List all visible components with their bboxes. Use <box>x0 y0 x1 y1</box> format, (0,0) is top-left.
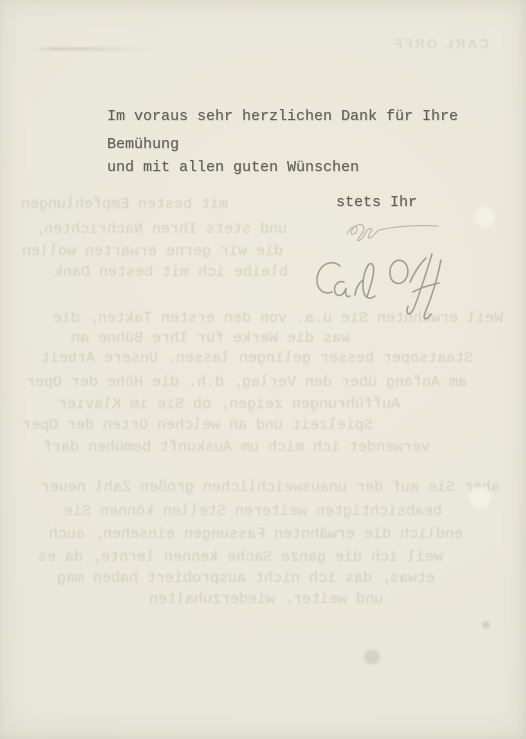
bleedthrough-line: mit besten Empfehlungen <box>21 197 228 212</box>
bleedthrough-line: etwas, das ich nicht ausprobiert haben m… <box>57 571 435 586</box>
bleedthrough-line: verwendet ich mich um Auskunft bemühen d… <box>43 440 430 455</box>
paper-smudge <box>481 620 491 630</box>
bleedthrough-line: Aufführungen zeigen, ob Sie im Klavier <box>58 397 400 412</box>
bleedthrough-line: und weiter, wiederzuhalten <box>149 592 383 607</box>
body-line-1: Im voraus sehr herzlichen Dank für Ihre <box>107 109 458 124</box>
signature-strokes <box>317 254 441 319</box>
body-line-2: Bemühung <box>107 137 179 152</box>
bleedthrough-line: Spielzeit und an welchen Orten der Oper <box>22 418 373 433</box>
bleedthrough-line: bleibe ich mit besten Dank <box>54 265 288 280</box>
closing-line: stets Ihr <box>336 195 417 210</box>
bleedthrough-line: aber Sie auf der unausweichlichen großen… <box>41 480 500 495</box>
bleedthrough-line: am Anfang über den Verlag, d.h. die Höhe… <box>26 375 467 390</box>
bleedthrough-line: und stets Ihren Nachrichten, <box>35 222 287 237</box>
bleedthrough-line: beabsichtigten weiteren Stellen können S… <box>64 504 442 519</box>
bleedthrough-smudge-line <box>33 47 151 51</box>
scanned-letter-page: CARL ORFF Im voraus sehr herzlichen Dank… <box>0 0 526 739</box>
bleedthrough-letterhead: CARL ORFF <box>392 37 489 51</box>
punch-hole-bottom <box>469 486 492 509</box>
punch-hole-top <box>474 206 496 228</box>
body-line-3: und mit allen guten Wünschen <box>107 160 359 175</box>
pencil-annotation <box>347 225 438 241</box>
paper-smudge <box>361 649 383 665</box>
bleedthrough-line: was die Werke für Ihre Bühne an <box>71 331 350 346</box>
bleedthrough-line: Staatsoper besser gelingen lassen. Unser… <box>41 351 473 366</box>
bleedthrough-line: endlich die erwähnten Fassungen einsehen… <box>49 527 463 542</box>
bleedthrough-line: weil ich die ganze Sache kennen lernte, … <box>38 550 443 565</box>
bleedthrough-line: die wir gerne erwarten wollen <box>22 244 283 259</box>
signature-carl-orff <box>298 216 470 328</box>
